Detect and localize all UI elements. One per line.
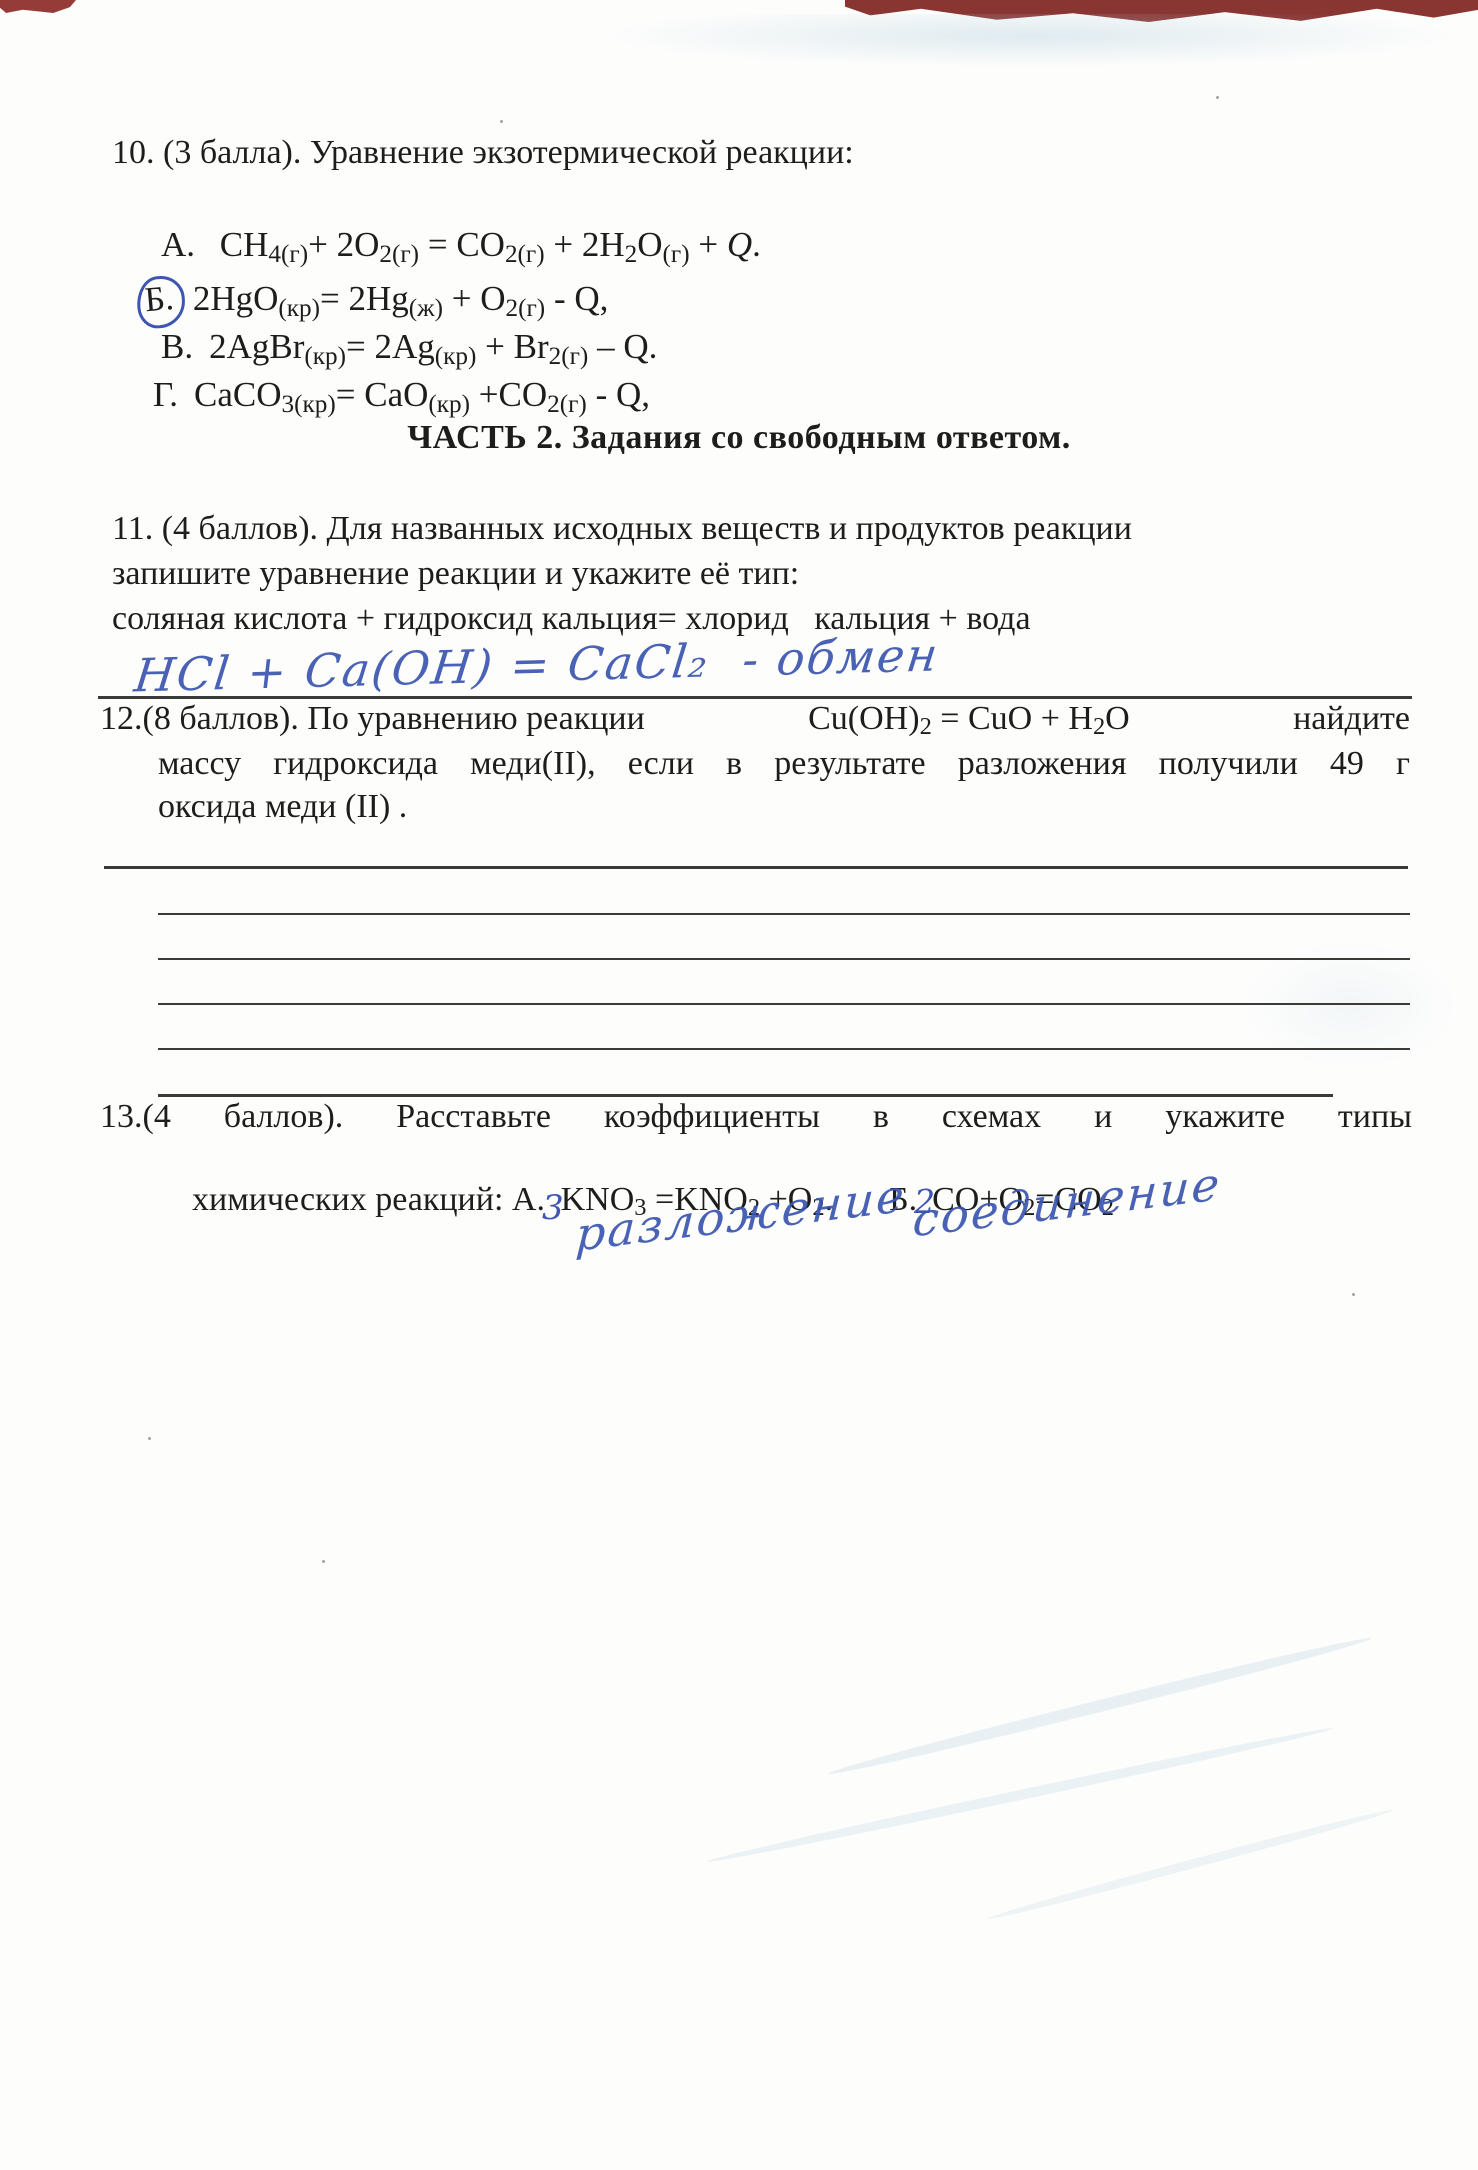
q12-line3: оксида меди (II) . <box>158 788 407 826</box>
scan-speck <box>500 120 503 123</box>
heat-symbol: Q <box>727 225 752 264</box>
scan-artifact-streak <box>827 1632 1373 1779</box>
answer-line-4 <box>158 1003 1410 1005</box>
scan-speck <box>322 1560 325 1563</box>
scan-artifact-blue-wash <box>600 14 1460 68</box>
formula-segment: O <box>1105 700 1130 737</box>
q12-tail: найдите <box>1293 700 1410 738</box>
formula-segment: + <box>690 225 727 264</box>
q13-scheme-a-label: А. <box>512 1181 545 1218</box>
q10-option-g-label: Г. <box>153 375 178 414</box>
formula-subscript: 2(г) <box>547 391 587 418</box>
q13-handwritten-coefficient-a: 3 <box>542 1188 564 1228</box>
answer-line-2 <box>158 913 1410 915</box>
scan-artifact-red-mark-left <box>0 0 76 13</box>
formula-segment: O <box>637 225 662 264</box>
q11-handwritten-answer: HCl + Ca(OH) = CaCl₂ - обмен <box>132 628 943 703</box>
answer-line-5 <box>158 1048 1410 1050</box>
q11-line2: запишите уравнение реакции и укажите её … <box>112 555 799 593</box>
formula-segment: . <box>752 225 761 264</box>
part2-heading: ЧАСТЬ 2. Задания со свободным ответом. <box>0 419 1478 457</box>
q12-formula: Cu(OH)2 = CuO + H2O <box>808 700 1130 738</box>
formula-segment: +CO <box>470 375 547 414</box>
q12-line2: массу гидроксида меди(II), если в резуль… <box>158 745 1410 783</box>
formula-subscript: (г) <box>663 241 690 268</box>
q12-intro: 12.(8 баллов). По уравнению реакции <box>100 700 645 738</box>
formula-subscript: (кр) <box>428 391 470 418</box>
formula-subscript: 2 <box>625 241 638 268</box>
q10-title: 10. (3 балла). Уравнение экзотермической… <box>112 134 854 172</box>
q13-line2-prefix: химических реакций: <box>192 1181 512 1218</box>
formula-segment: = CaO <box>336 375 429 414</box>
q12-line1: 12.(8 баллов). По уравнению реакции Cu(O… <box>100 700 1410 738</box>
scan-artifact-streak <box>986 1806 1394 1923</box>
q11-answer-rule <box>98 696 1412 699</box>
formula-segment: Cu(OH) <box>808 700 919 737</box>
scanned-test-page: 10. (3 балла). Уравнение экзотермической… <box>0 0 1478 2170</box>
scan-speck <box>1352 1293 1355 1296</box>
formula-subscript: 3(кр) <box>282 391 336 418</box>
formula-subscript: 2 <box>920 713 932 740</box>
scan-speck <box>148 1437 151 1440</box>
formula-segment: CaCO <box>194 375 282 414</box>
formula-subscript: 2 <box>1093 713 1105 740</box>
formula-segment: - Q, <box>587 375 650 414</box>
q13-line1: 13.(4 баллов). Расставьте коэффициенты в… <box>100 1098 1412 1136</box>
answer-line-6 <box>158 1094 1333 1097</box>
answer-line-3 <box>158 958 1410 960</box>
scan-artifact-streak <box>706 1724 1334 1867</box>
scan-speck <box>1216 96 1219 99</box>
q11-line1: 11. (4 баллов). Для названных исходных в… <box>112 510 1132 548</box>
formula-segment: = CuO + H <box>932 700 1093 737</box>
answer-line-1 <box>104 866 1408 869</box>
